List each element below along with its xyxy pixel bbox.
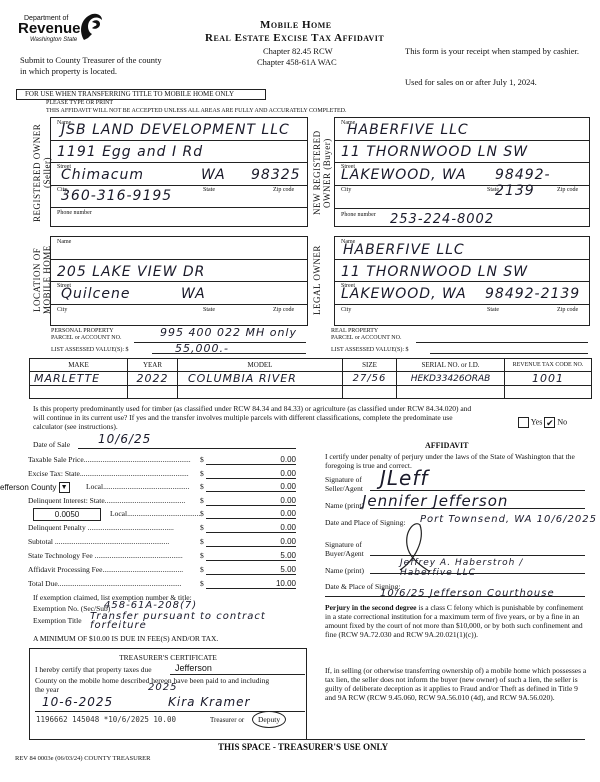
seller-date-place[interactable]: Port Townsend, WA 10/6/2025 [420,514,597,525]
treasurer-date-field[interactable]: 10-6-2025 [42,695,113,709]
treasurer-certificate: TREASURER'S CERTIFICATE I hereby certify… [29,648,307,740]
location-block: Name 205 LAKE VIEW DR Street Quilcene WA… [50,236,308,326]
buyer-city-label: City [341,187,351,193]
dropdown-arrow-icon[interactable]: ▼ [59,482,70,493]
legal-owner-city-label: City [341,307,351,313]
buyer-state-label: State [487,187,499,193]
year-cell[interactable] [128,386,178,399]
buyer-zip-field[interactable]: 98492-2139 [495,167,589,199]
location-zip-label: Zip code [273,307,294,313]
seller-city-field[interactable]: Chimacum [61,167,144,183]
seller-printed-name[interactable]: Jennifer Jefferson [362,492,508,510]
seller-date-label: Date and Place of Signing: [325,518,405,527]
form-title-line2: Real Estate Excise Tax Affidavit [205,32,384,44]
treasurer-county-field[interactable]: Jefferson [175,663,212,673]
chapter-rcw: Chapter 82.45 RCW [263,46,333,56]
year-cell[interactable]: 2022 [128,372,178,386]
timber-yes-no: Yes ✔ No [518,417,567,428]
treasurer-title: TREASURER'S CERTIFICATE [30,653,306,662]
fee-row: Affidavit Processing Fee................… [28,565,296,578]
treasurer-signature[interactable]: Kira Kramer [168,695,250,709]
serial-cell[interactable] [397,386,505,399]
logo-state-text: Washington State [30,37,77,43]
real-property-account-field[interactable] [416,332,588,343]
fee-row: Excise Tax: State.......................… [28,469,296,482]
receipt-note: This form is your receipt when stamped b… [405,46,580,57]
chapter-wac: Chapter 458-61A WAC [257,57,337,67]
legal-owner-zip-field[interactable]: 98492-2139 [485,286,580,302]
real-assessed-label: LIST ASSESSED VALUE(S): $ [331,347,409,354]
legal-owner-section-label: LEGAL OWNER [312,236,334,324]
yes-label: Yes [531,417,543,426]
fee-row: Local...................................… [110,509,296,522]
excise-tax-state-field[interactable]: 0.00 [206,469,296,479]
minimum-due-note: A MINIMUM OF $10.00 IS DUE IN FEE(S) AND… [33,634,218,643]
delinquent-interest-local-field[interactable]: 0.00 [206,509,296,519]
location-city-label: City [57,307,67,313]
buyer-phone-field[interactable]: 253-224-8002 [390,212,494,227]
county-select-value: Jefferson County [0,483,56,492]
seller-street-line1-field[interactable]: 1191 Egg and I Rd [57,144,203,160]
exemption-title-field[interactable]: Transfer pursuant to contract forfeiture [90,612,290,630]
seller-name-label: Name (print) [325,501,364,510]
receipt-stamp: 1196662 145048 *10/6/2025 10.00 [36,715,176,724]
seller-zip-field[interactable]: 98325 [251,167,301,183]
state-technology-fee-field[interactable]: 5.00 [206,551,296,561]
wa-dor-swoosh-icon [78,12,104,42]
legal-owner-zip-label: Zip code [557,307,578,313]
buyer-name-field[interactable]: HABERFIVE LLC [347,122,469,138]
tax-code-cell[interactable]: 1001 [505,372,592,386]
fee-row: Total Due...............................… [28,579,296,592]
seller-sig-label: Signature of Seller/Agent [325,475,375,493]
buyer-section-label: NEW REGISTERED OWNER (Buyer) [312,118,334,228]
make-cell[interactable]: MARLETTE [30,372,128,386]
personal-assessed-field[interactable]: 55,000.- [175,342,229,355]
treasurer-year-field[interactable]: 2025 [148,682,177,693]
table-row: MARLETTE 2022 COLUMBIA RIVER 27/56 HEKD3… [30,372,592,386]
treasurer-line1: I hereby certify that property taxes due [35,665,152,674]
form-title-line1: Mobile Home [260,19,332,31]
legal-owner-street-field[interactable]: 11 THORNWOOD LN SW [341,264,528,280]
fee-row: Taxable Sale Price......................… [28,455,296,468]
personal-property-label: PERSONAL PROPERTY PARCEL or ACCOUNT NO. [51,328,121,342]
fee-row: Subtotal ...............................… [28,537,296,550]
affidavit-certify: I certify under penalty of perjury under… [325,452,575,470]
fee-row: State Technology Fee ...................… [28,551,296,564]
yes-checkbox[interactable] [518,417,529,428]
buyer-block: Name HABERFIVE LLC 11 THORNWOOD LN SW St… [334,117,590,227]
exemption-title-label: Exemption Title [33,616,82,625]
legal-owner-name-field[interactable]: HABERFIVE LLC [343,242,465,258]
used-for-note: Used for sales on or after July 1, 2024. [405,77,537,87]
seller-block: Name JSB LAND DEVELOPMENT LLC 1191 Egg a… [50,117,308,227]
legal-owner-state-label: State [487,307,499,313]
timber-question-text: Is this property predominantly used for … [33,404,483,431]
tax-lien-warning: If, in selling (or otherwise transferrin… [325,666,587,702]
mobile-home-table: MAKE YEAR MODEL SIZE SERIAL NO. or I.D. … [29,358,592,398]
real-property-label: REAL PROPERTY PARCEL or ACCOUNT NO. [331,328,401,342]
delinquent-interest-state-field[interactable]: 0.00 [206,496,296,506]
treasurer-role-label: Treasurer or [210,716,244,724]
fee-label: Subtotal [28,537,53,546]
col-year: YEAR [128,359,178,372]
seller-state-label: State [203,187,215,193]
real-assessed-field[interactable] [430,346,588,354]
delinquent-penalty-field[interactable]: 0.00 [206,523,296,533]
treasurer-use-only: THIS SPACE - TREASURER'S USE ONLY [218,742,388,752]
please-print: PLEASE TYPE OR PRINT [46,100,113,107]
buyer-phone-label: Phone number [341,212,376,218]
accuracy-warning: THIS AFFIDAVIT WILL NOT BE ACCEPTED UNLE… [46,108,347,115]
seller-zip-label: Zip code [273,187,294,193]
date-of-sale-field[interactable]: 10/6/25 [98,432,151,446]
banner-text: FOR USE WHEN TRANSFERRING TITLE TO MOBIL… [25,90,234,98]
exemption-no-field[interactable]: 458-61A-208(7) [104,600,197,611]
size-cell[interactable] [343,386,397,399]
model-cell[interactable]: COLUMBIA RIVER [178,372,343,386]
treasurer-use-divider [215,739,585,740]
serial-cell[interactable]: HEKD33426ORAB [397,372,505,386]
personal-property-account-field[interactable]: 995 400 022 MH only [160,326,297,339]
col-tax-code: REVENUE TAX CODE NO. [505,359,592,372]
form-banner: FOR USE WHEN TRANSFERRING TITLE TO MOBIL… [16,89,266,100]
size-cell[interactable]: 27/56 [343,372,397,386]
county-select[interactable]: Jefferson County ▼ [0,482,70,493]
no-label: No [557,417,567,426]
dor-logo: Department of Revenue Washington State [18,12,108,48]
table-row [30,386,592,399]
deputy-circled: Deputy [252,711,286,728]
fee-label: Delinquent Interest: State [28,496,105,505]
location-street-field[interactable]: 205 LAKE VIEW DR [57,264,205,280]
legal-owner-block: Name HABERFIVE LLC 11 THORNWOOD LN SW St… [334,236,590,326]
fee-row: Local...................................… [86,482,296,495]
date-of-sale-label: Date of Sale [33,440,70,449]
buyer-zip-label: Zip code [557,187,578,193]
buyer-date-place[interactable]: 10/6/25 Jefferson Courthouse [380,588,555,599]
buyer-street-line1-field[interactable]: 11 THORNWOOD LN SW [341,144,528,160]
excise-tax-local-field[interactable]: 0.00 [206,482,296,492]
col-model: MODEL [178,359,343,372]
location-city-field[interactable]: Quilcene [61,286,130,302]
location-name-label: Name [57,239,71,245]
buyer-name-label: Name (print) [325,566,364,575]
no-checkbox[interactable]: ✔ [544,417,555,428]
buyer-city-field[interactable]: LAKEWOOD, WA [341,167,467,183]
personal-assessed-label: LIST ASSESSED VALUE(S): $ [51,347,129,354]
seller-phone-label: Phone number [57,210,92,216]
col-serial: SERIAL NO. or I.D. [397,359,505,372]
tax-code-cell[interactable] [505,386,592,399]
perjury-bold: Perjury in the second degree [325,603,417,612]
fee-row: Delinquent Penalty .....................… [28,523,296,536]
fee-label: Local [86,482,103,491]
total-due-field[interactable]: 10.00 [206,579,296,589]
subtotal-field[interactable]: 0.00 [206,537,296,547]
fee-label: Taxable Sale Price [28,455,84,464]
interest-rate-field[interactable]: 0.0050 [33,508,101,521]
model-cell[interactable] [178,386,343,399]
perjury-warning: Perjury in the second degree is a class … [325,603,587,639]
taxable-sale-price-field[interactable]: 0.00 [206,455,296,465]
location-state-field[interactable]: WA [181,286,206,302]
make-cell[interactable] [30,386,128,399]
affidavit-title: AFFIDAVIT [425,441,468,450]
fee-label: Affidavit Processing Fee [28,565,102,574]
col-make: MAKE [30,359,128,372]
seller-signature[interactable]: JLeff [380,466,428,490]
affidavit-processing-fee-field[interactable]: 5.00 [206,565,296,575]
location-state-label: State [203,307,215,313]
buyer-sig-label: Signature of Buyer/Agent [325,540,375,558]
submit-note: Submit to County Treasurer of the county… [20,55,170,77]
seller-state-field[interactable]: WA [201,167,226,183]
buyer-printed-name[interactable]: Jeffrey A. Haberstroh / Haberfive LLC [400,558,540,578]
legal-owner-city-field[interactable]: LAKEWOOD, WA [341,286,467,302]
fee-label: Excise Tax: State [28,469,80,478]
fee-label: Total Due [28,579,58,588]
seller-name-field[interactable]: JSB LAND DEVELOPMENT LLC [61,122,290,138]
form-id: REV 84 0003e (06/03/24) COUNTY TREASURER [15,755,150,762]
fee-label: State Technology Fee [28,551,93,560]
col-size: SIZE [343,359,397,372]
seller-phone-field[interactable]: 360-316-9195 [61,188,172,204]
fee-label: Delinquent Penalty [28,523,86,532]
fee-label: Local [110,509,127,518]
logo-revenue-text: Revenue [18,22,81,36]
interest-rate-value: 0.0050 [55,510,79,519]
